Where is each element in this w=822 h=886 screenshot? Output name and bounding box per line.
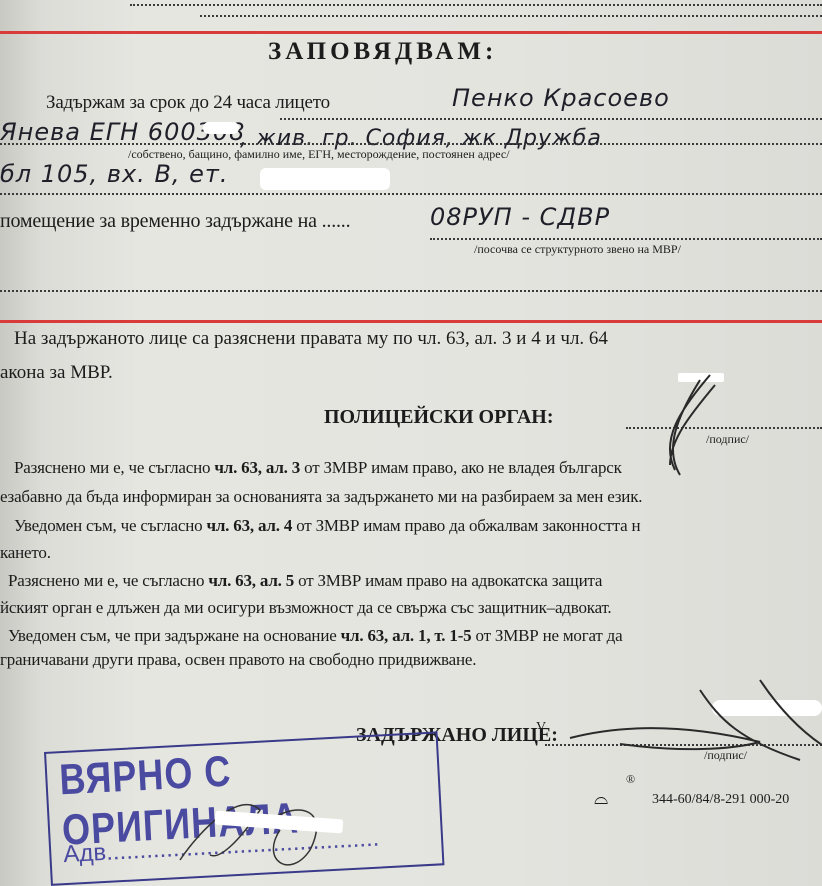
dotted-line bbox=[280, 118, 822, 120]
form-code: 344-60/84/8-291 000-20 bbox=[652, 792, 789, 808]
police-label: ПОЛИЦЕЙСКИ ОРГАН: bbox=[324, 406, 554, 429]
caption-unit: /посочва се структурното звено на МВР/ bbox=[474, 242, 681, 257]
dotted-line bbox=[0, 290, 822, 292]
rights-line-2: акона за МВР. bbox=[0, 362, 113, 384]
rights-paragraph-line: Разяснено ми е, че съгласно чл. 63, ал. … bbox=[8, 571, 602, 591]
rights-paragraph-line: езабавно да бъда информиран за основания… bbox=[0, 487, 642, 507]
redaction bbox=[260, 168, 390, 190]
detain-text: Задържам за срок до 24 часа лицето bbox=[46, 92, 330, 114]
dotted-line bbox=[200, 15, 822, 17]
rights-paragraph-line: Разяснено ми е, че съгласно чл. 63, ал. … bbox=[14, 458, 622, 478]
handwritten-facility: 08РУП - СДВР bbox=[430, 203, 610, 231]
publisher-logo-icon: ⌓ bbox=[594, 788, 608, 809]
signature-icon bbox=[640, 370, 730, 480]
rights-paragraph-line: граничавани други права, освен правото н… bbox=[0, 650, 476, 670]
dotted-line bbox=[130, 4, 822, 6]
registered-mark: ® bbox=[626, 772, 635, 787]
dotted-line bbox=[0, 143, 822, 145]
annotation-line-top bbox=[0, 31, 822, 34]
rights-paragraph-line: Уведомен съм, че при задържане на основа… bbox=[8, 626, 622, 646]
rights-line-1: На задържаното лице са разяснени правата… bbox=[14, 328, 608, 350]
detained-mark: V bbox=[536, 720, 546, 736]
handwritten-block: бл 105, вх. В, ет. bbox=[0, 160, 229, 188]
order-heading: ЗАПОВЯДВАМ: bbox=[268, 38, 497, 66]
redaction bbox=[203, 122, 239, 134]
dotted-line bbox=[430, 238, 822, 240]
annotation-line-bottom bbox=[0, 320, 822, 323]
signature-icon bbox=[560, 660, 822, 770]
facility-label: помещение за временно задържане на .....… bbox=[0, 210, 350, 233]
rights-paragraph-line: кането. bbox=[0, 543, 51, 563]
rights-paragraph-line: Уведомен съм, че съгласно чл. 63, ал. 4 … bbox=[14, 516, 640, 536]
rights-paragraph-line: йският орган е длъжен да ми осигури възм… bbox=[0, 598, 611, 618]
dotted-line bbox=[0, 193, 822, 195]
handwritten-name: Пенко Красоево bbox=[452, 84, 670, 112]
